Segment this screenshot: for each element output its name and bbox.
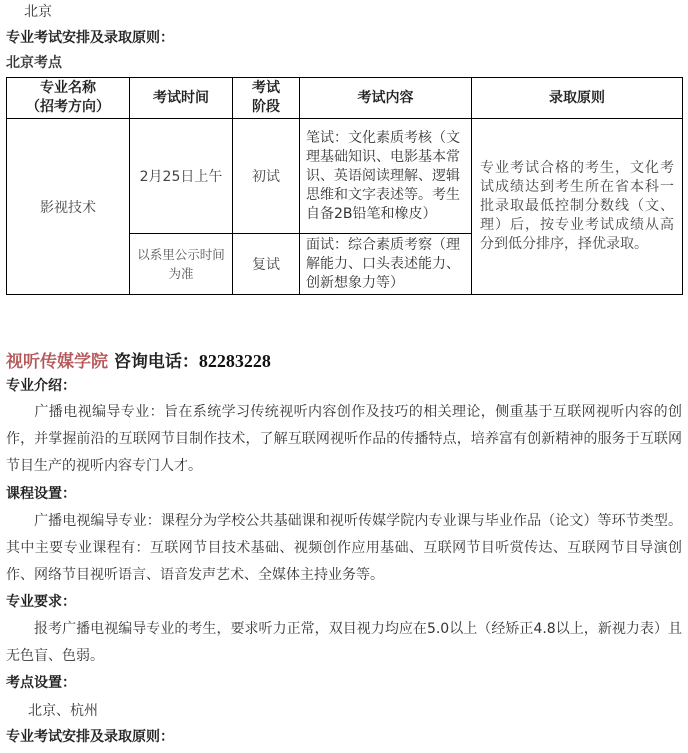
stage-cell: 初试 (233, 119, 300, 234)
table-row: 影视技术 2月25日上午 初试 笔试：文化素质考核（文理基础知识、电影基本常识、… (7, 119, 683, 234)
stage-cell: 复试 (233, 234, 300, 295)
exam-table: 专业名称（招考方向） 考试时间 考试阶段 考试内容 录取原则 影视技术 2月25… (6, 77, 683, 295)
header-rule: 录取原则 (472, 78, 683, 119)
requirement-heading: 专业要求： (6, 592, 76, 612)
time-cell: 以系里公示时间为准 (130, 234, 233, 295)
site-title: 北京考点 (6, 53, 62, 73)
major-cell: 影视技术 (7, 119, 130, 295)
site-text: 北京、杭州 (28, 701, 98, 721)
phone-label: 咨询电话： (108, 352, 199, 372)
course-heading: 课程设置： (6, 484, 76, 504)
site-heading: 考点设置： (6, 673, 76, 693)
college-heading: 视听传媒学院 咨询电话：82283228 (6, 347, 271, 372)
header-major: 专业名称（招考方向） (7, 78, 130, 119)
intro-text: 广播电视编导专业：旨在系统学习传统视听内容创作及技巧的相关理论，侧重基于互联网视… (6, 399, 682, 480)
course-text: 广播电视编导专业：课程分为学校公共基础课和视听传媒学院内专业课与毕业作品（论文）… (6, 508, 682, 589)
table-header-row: 专业名称（招考方向） 考试时间 考试阶段 考试内容 录取原则 (7, 78, 683, 119)
content-cell: 面试：综合素质考察（理解能力、口头表述能力、创新想象力等） (300, 234, 472, 295)
header-content: 考试内容 (300, 78, 472, 119)
header-stage: 考试阶段 (233, 78, 300, 119)
intro-heading: 专业介绍： (6, 376, 76, 396)
rule-cell: 专业考试合格的考生，文化考试成绩达到考生所在省本科一批录取最低控制分数线（文、理… (472, 119, 683, 295)
content-cell: 笔试：文化素质考核（文理基础知识、电影基本常识、英语阅读理解、逻辑思维和文字表述… (300, 119, 472, 234)
city-text: 北京 (24, 2, 52, 22)
arrangement-heading: 专业考试安排及录取原则： (6, 28, 174, 48)
college-name: 视听传媒学院 (6, 352, 108, 372)
phone-number: 82283228 (199, 351, 271, 371)
header-time: 考试时间 (130, 78, 233, 119)
time-cell: 2月25日上午 (130, 119, 233, 234)
requirement-text: 报考广播电视编导专业的考生，要求听力正常，双目视力均应在5.0以上（经矫正4.8… (6, 616, 682, 670)
arrangement-heading-2: 专业考试安排及录取原则： (6, 727, 174, 747)
